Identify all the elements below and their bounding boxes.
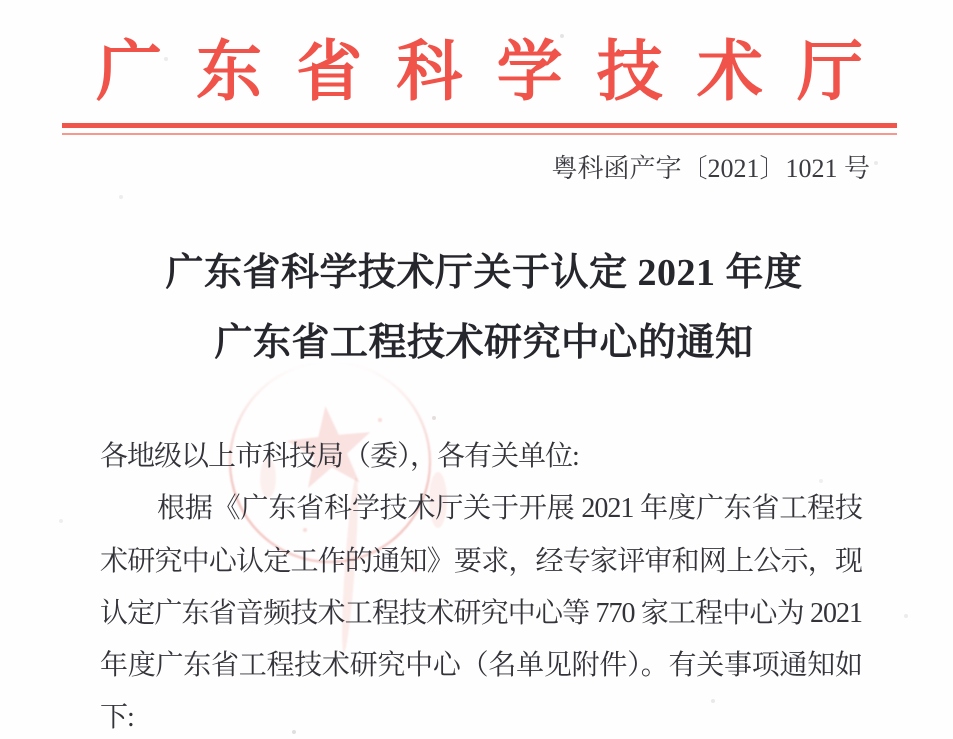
scanned-official-document-page: 广东省科学技术厅 粤科函产字〔2021〕1021 号 广东省科学技术厅关于认定 … [0,0,953,739]
scan-noise-speckles [0,0,2,2]
body-line-3: 认定广东省音频技术工程技术研究中心等 770 家工程中心为 2021 [100,588,862,640]
salutation-line: 各地级以上市科技局（委），各有关单位: [100,431,862,483]
body-line-2: 术研究中心认定工作的通知》要求，经专家评审和网上公示，现 [100,536,862,588]
seal-speckle [378,418,382,422]
agency-letterhead-title: 广东省科学技术厅 [96,34,863,112]
letterhead-rule-thick [62,123,897,128]
body-line-1: 根据《广东省科学技术厅关于开展 2021 年度广东省工程技 [100,483,862,535]
body-line-4: 年度广东省工程技术研究中心（名单见附件）。有关事项通知如 [100,640,862,692]
letterhead-rule-thin [62,133,897,135]
document-body: 各地级以上市科技局（委），各有关单位: 根据《广东省科学技术厅关于开展 2021… [100,431,862,739]
document-title-line2: 广东省工程技术研究中心的通知 [15,318,953,368]
document-number: 粤科函产字〔2021〕1021 号 [551,150,870,188]
document-title-line1: 广东省科学技术厅关于认定 2021 年度 [15,248,953,298]
document-title: 广东省科学技术厅关于认定 2021 年度 广东省工程技术研究中心的通知 [15,248,953,368]
body-line-5: 下: [100,692,862,739]
